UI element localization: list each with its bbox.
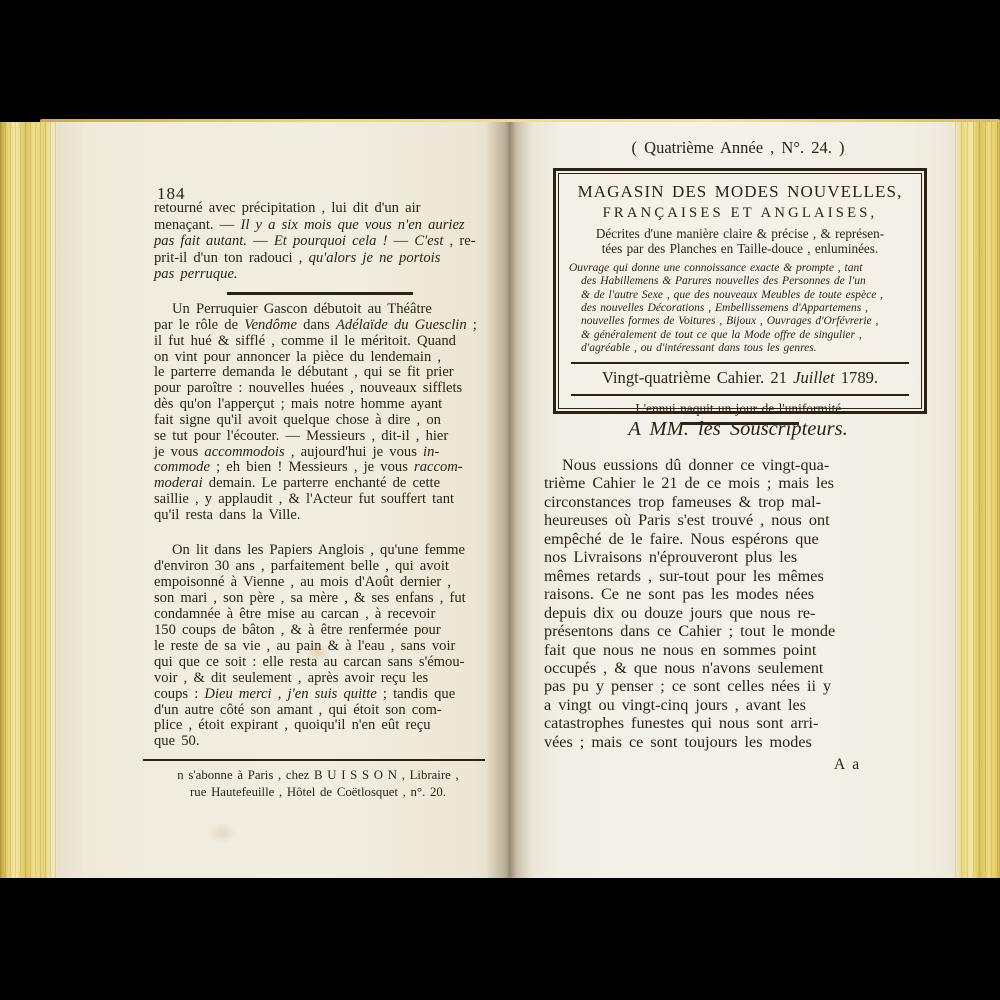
text-line: plice , étoit expirant , quoiqu'il n'en … xyxy=(154,718,466,734)
text-line: retourné avec précipitation , lui dit d'… xyxy=(154,200,476,217)
open-book: 184 retourné avec précipitation , lui di… xyxy=(0,122,1000,878)
text-line: voir , & dit seulement , après avoir reç… xyxy=(154,671,466,687)
text-line: circonstances trop fameuses & trop mal- xyxy=(544,493,835,511)
text-line: Ouvrage qui donne une connoissance exact… xyxy=(569,262,921,275)
text-line: il fut hué & sifflé , comme il le mérito… xyxy=(154,334,477,350)
text-line: trième Cahier le 21 de ce mois ; mais le… xyxy=(544,474,835,492)
text-line: raisons. Ce ne sont pas les modes nées xyxy=(544,585,835,603)
text-line: qu'il resta dans la Ville. xyxy=(154,508,477,524)
text-line: présentons dans ce Cahier ; tout le mond… xyxy=(544,622,835,640)
text-line: menaçant. — Il y a six mois que vous n'e… xyxy=(154,217,476,234)
text-line: se tut pour l'écouter. — Messieurs , dit… xyxy=(154,429,477,445)
text-line: que 50. xyxy=(154,734,466,750)
text-line: n s'abonne à Paris , chez B U I S S O N … xyxy=(145,767,491,784)
text-line: catastrophes funestes qui nous sont arri… xyxy=(544,714,835,732)
text-line: condamnée à être mise au carcan , à rece… xyxy=(154,607,466,623)
text-line: qui que ce soit : elle resta au carcan s… xyxy=(154,655,466,671)
text-line: pas fait autant. — Et pourquoi cela ! — … xyxy=(154,233,476,250)
fore-edge-right xyxy=(955,122,1000,878)
text-line: pas perruque. xyxy=(154,266,476,283)
text-line: dès qu'on l'apperçut ; mais notre homme … xyxy=(154,397,477,413)
text-line: on vint pour annoncer la pièce du lendem… xyxy=(154,350,477,366)
masthead-title-line2: FRANÇAISES ET ANGLAISES, xyxy=(559,205,921,222)
text-line: Nous eussions dû donner ce vingt-qua- xyxy=(544,456,835,474)
subscription-footer-note: n s'abonne à Paris , chez B U I S S O N … xyxy=(145,767,491,800)
text-line: je vous accommodois , aujourd'hui je vou… xyxy=(154,445,477,461)
text-line: d'environ 30 ans , parfaitement belle , … xyxy=(154,559,466,575)
text-line: & généralement de tout ce que la Mode of… xyxy=(569,329,921,342)
masthead-box: MAGASIN DES MODES NOUVELLES, FRANÇAISES … xyxy=(553,168,927,414)
text-line: empêché de le faire. Nous espérons que xyxy=(544,530,835,548)
text-line: fait signe qu'il avoit quelque chose à d… xyxy=(154,413,477,429)
left-paragraph-2: Un Perruquier Gascon débutoit au Théâtre… xyxy=(154,302,477,524)
masthead-inner-frame: MAGASIN DES MODES NOUVELLES, FRANÇAISES … xyxy=(558,173,922,409)
section-rule xyxy=(227,292,413,295)
text-line: nos Livraisons n'éprouveront plus les xyxy=(544,548,835,566)
text-line: coups : Dieu merci , j'en suis quitte ; … xyxy=(154,687,466,703)
left-paragraph-1: retourné avec précipitation , lui dit d'… xyxy=(154,200,476,283)
text-line: prit-il d'un ton radouci , qu'alors je n… xyxy=(154,250,476,267)
text-line: nouvelles formes de Voitures , Bijoux , … xyxy=(569,315,921,328)
text-line: pas pu y penser ; ce sont celles nées ii… xyxy=(544,677,835,695)
text-line: des nouvelles Décorations , Embellisseme… xyxy=(569,302,921,315)
right-page: ( Quatrième Année , N°. 24. ) MAGASIN DE… xyxy=(508,122,955,878)
masthead-rule xyxy=(571,394,909,396)
text-line: par le rôle de Vendôme dans Adélaïde du … xyxy=(154,318,477,334)
masthead-rule xyxy=(571,362,909,364)
text-line: occupés , & que nous n'avons seulement xyxy=(544,659,835,677)
masthead-subtitle: Décrites d'une manière claire & précise … xyxy=(559,226,921,257)
fore-edge-left xyxy=(0,122,57,878)
text-line: Un Perruquier Gascon débutoit au Théâtre xyxy=(154,302,477,318)
text-line: On lit dans les Papiers Anglois , qu'une… xyxy=(154,543,466,559)
text-line: empoisonné à Vienne , au mois d'Août der… xyxy=(154,575,466,591)
text-line: depuis dix ou douze jours que nous re- xyxy=(544,604,835,622)
paper-stain xyxy=(207,822,237,844)
text-line: heureuses où Paris s'est trouvé , nous o… xyxy=(544,511,835,529)
masthead-description: Ouvrage qui donne une connoissance exact… xyxy=(559,262,921,356)
text-line: commode ; eh bien ! Messieurs , je vous … xyxy=(154,460,477,476)
text-line: rue Hautefeuille , Hôtel de Coëtlosquet … xyxy=(145,784,491,801)
masthead-motto: L'ennui naquit un jour de l'uniformité. xyxy=(559,401,921,417)
text-line: vées ; mais ce sont toujours les modes xyxy=(544,733,835,751)
text-line: moderai demain. Le parterre enchanté de … xyxy=(154,476,477,492)
footer-rule xyxy=(143,759,485,761)
text-line: & de l'autre Sexe , que des nouveaux Meu… xyxy=(569,289,921,302)
text-line: Décrites d'une manière claire & précise … xyxy=(559,226,921,241)
text-line: saillie , y applaudit , & l'Acteur fut s… xyxy=(154,492,477,508)
salutation-heading: A MM. les Souscripteurs. xyxy=(528,418,948,441)
text-line: mêmes retards , sur-tout pour les mêmes xyxy=(544,567,835,585)
issue-date-line: Vingt-quatrième Cahier. 21 Juillet 1789. xyxy=(559,368,921,388)
text-line: son mari , son père , sa mère , & ses en… xyxy=(154,591,466,607)
text-line: d'agréable , ou d'intéressant dans tous … xyxy=(569,342,921,355)
text-line: 150 coups de bâton , & à être renfermée … xyxy=(154,623,466,639)
text-line: pour paroître : nouvelles huées , nouvea… xyxy=(154,381,477,397)
book-photograph: 184 retourné avec précipitation , lui di… xyxy=(0,0,1000,1000)
left-paragraph-3: On lit dans les Papiers Anglois , qu'une… xyxy=(154,543,466,750)
text-line: d'un autre côté son amant , qui étoit so… xyxy=(154,703,466,719)
text-line: le reste de sa vie , au pain & à l'eau ,… xyxy=(154,639,466,655)
running-head: ( Quatrième Année , N°. 24. ) xyxy=(538,138,938,158)
text-line: des Habillemens & Parures nouvelles des … xyxy=(569,275,921,288)
text-line: tées par des Planches en Taille-douce , … xyxy=(559,241,921,256)
masthead-title-line1: MAGASIN DES MODES NOUVELLES, xyxy=(559,182,921,202)
catchword: A a xyxy=(834,756,861,774)
text-line: fait que nous ne nous en sommes point xyxy=(544,641,835,659)
right-body-text: Nous eussions dû donner ce vingt-qua-tri… xyxy=(544,456,835,751)
text-line: a vingt ou vingt-cinq jours , avant les xyxy=(544,696,835,714)
text-line: le parterre demanda le débutant , qui se… xyxy=(154,365,477,381)
left-page: 184 retourné avec précipitation , lui di… xyxy=(57,122,508,878)
